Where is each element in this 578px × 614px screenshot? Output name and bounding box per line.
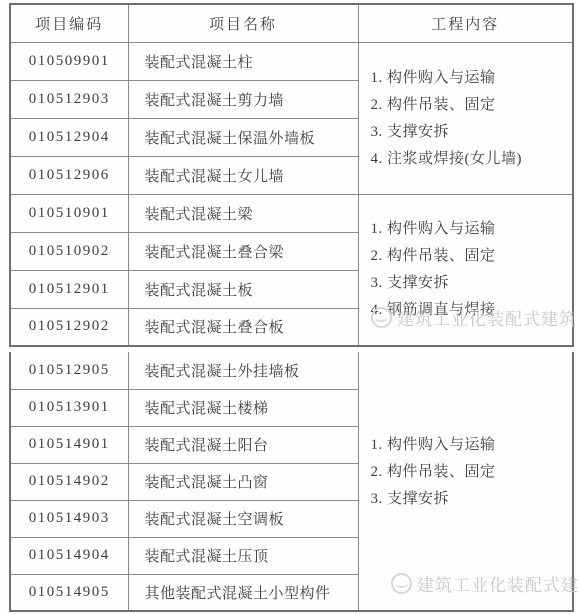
item-name-cell: 装配式混凝土梁 bbox=[128, 194, 358, 232]
table-body: 010512905装配式混凝土外挂墙板1. 构件购入与运输2. 构件吊装、固定3… bbox=[10, 352, 573, 611]
item-name-cell: 装配式混凝土叠合板 bbox=[128, 308, 358, 346]
item-name-cell: 装配式混凝土剪力墙 bbox=[128, 80, 358, 118]
item-code-cell: 010513901 bbox=[10, 389, 128, 426]
column-header-work-content: 工程内容 bbox=[358, 4, 573, 42]
table-header-row: 项目编码 项目名称 工程内容 bbox=[10, 4, 573, 42]
table-body: 010509901装配式混凝土柱1. 构件购入与运输2. 构件吊装、固定3. 支… bbox=[10, 42, 573, 346]
work-content-item: 3. 支撑安拆 bbox=[371, 122, 569, 142]
work-content-item: 3. 支撑安拆 bbox=[371, 273, 569, 293]
item-name-cell: 装配式混凝土柱 bbox=[128, 42, 358, 80]
work-content-item: 1. 构件购入与运输 bbox=[371, 68, 569, 88]
work-content-item: 2. 构件吊装、固定 bbox=[371, 246, 569, 266]
work-content-item: 4. 注浆或焊接(女儿墙) bbox=[371, 149, 569, 169]
item-name-cell: 装配式混凝土凸窗 bbox=[128, 463, 358, 500]
work-content-cell: 1. 构件购入与运输2. 构件吊装、固定3. 支撑安拆 bbox=[358, 352, 573, 611]
item-code-cell: 010512905 bbox=[10, 352, 128, 389]
work-content-item: 1. 构件购入与运输 bbox=[371, 435, 569, 455]
item-code-cell: 010514902 bbox=[10, 463, 128, 500]
work-content-cell: 1. 构件购入与运输2. 构件吊装、固定3. 支撑安拆4. 注浆或焊接(女儿墙) bbox=[358, 42, 573, 194]
column-header-project-name: 项目名称 bbox=[128, 4, 358, 42]
work-content-item: 2. 构件吊装、固定 bbox=[371, 95, 569, 115]
item-name-cell: 装配式混凝土外挂墙板 bbox=[128, 352, 358, 389]
item-code-cell: 010514905 bbox=[10, 574, 128, 611]
item-code-cell: 010512904 bbox=[10, 118, 128, 156]
item-code-cell: 010512906 bbox=[10, 156, 128, 194]
item-code-cell: 010512901 bbox=[10, 270, 128, 308]
work-content-item: 2. 构件吊装、固定 bbox=[371, 462, 569, 482]
table-row: 010512905装配式混凝土外挂墙板1. 构件购入与运输2. 构件吊装、固定3… bbox=[10, 352, 573, 389]
document-page: 项目编码 项目名称 工程内容 010509901装配式混凝土柱1. 构件购入与运… bbox=[0, 0, 578, 614]
item-code-cell: 010514904 bbox=[10, 537, 128, 574]
precast-concrete-spec-table-upper: 项目编码 项目名称 工程内容 010509901装配式混凝土柱1. 构件购入与运… bbox=[9, 3, 574, 347]
item-name-cell: 其他装配式混凝土小型构件 bbox=[128, 574, 358, 611]
item-code-cell: 010514901 bbox=[10, 426, 128, 463]
item-name-cell: 装配式混凝土板 bbox=[128, 270, 358, 308]
table-row: 010510901装配式混凝土梁1. 构件购入与运输2. 构件吊装、固定3. 支… bbox=[10, 194, 573, 232]
work-content-item: 1. 构件购入与运输 bbox=[371, 219, 569, 239]
precast-concrete-spec-table-lower: 010512905装配式混凝土外挂墙板1. 构件购入与运输2. 构件吊装、固定3… bbox=[9, 352, 574, 612]
item-code-cell: 010512902 bbox=[10, 308, 128, 346]
work-content-item: 4. 钢筋调直与焊接 bbox=[371, 300, 569, 320]
item-code-cell: 010510902 bbox=[10, 232, 128, 270]
work-content-item: 3. 支撑安拆 bbox=[371, 489, 569, 509]
work-content-cell: 1. 构件购入与运输2. 构件吊装、固定3. 支撑安拆4. 钢筋调直与焊接 bbox=[358, 194, 573, 346]
column-header-project-code: 项目编码 bbox=[10, 4, 128, 42]
item-code-cell: 010514903 bbox=[10, 500, 128, 537]
item-code-cell: 010512903 bbox=[10, 80, 128, 118]
item-name-cell: 装配式混凝土保温外墙板 bbox=[128, 118, 358, 156]
item-name-cell: 装配式混凝土空调板 bbox=[128, 500, 358, 537]
table-row: 010509901装配式混凝土柱1. 构件购入与运输2. 构件吊装、固定3. 支… bbox=[10, 42, 573, 80]
item-name-cell: 装配式混凝土楼梯 bbox=[128, 389, 358, 426]
item-name-cell: 装配式混凝土压顶 bbox=[128, 537, 358, 574]
item-name-cell: 装配式混凝土阳台 bbox=[128, 426, 358, 463]
item-name-cell: 装配式混凝土叠合梁 bbox=[128, 232, 358, 270]
item-code-cell: 010509901 bbox=[10, 42, 128, 80]
item-name-cell: 装配式混凝土女儿墙 bbox=[128, 156, 358, 194]
item-code-cell: 010510901 bbox=[10, 194, 128, 232]
